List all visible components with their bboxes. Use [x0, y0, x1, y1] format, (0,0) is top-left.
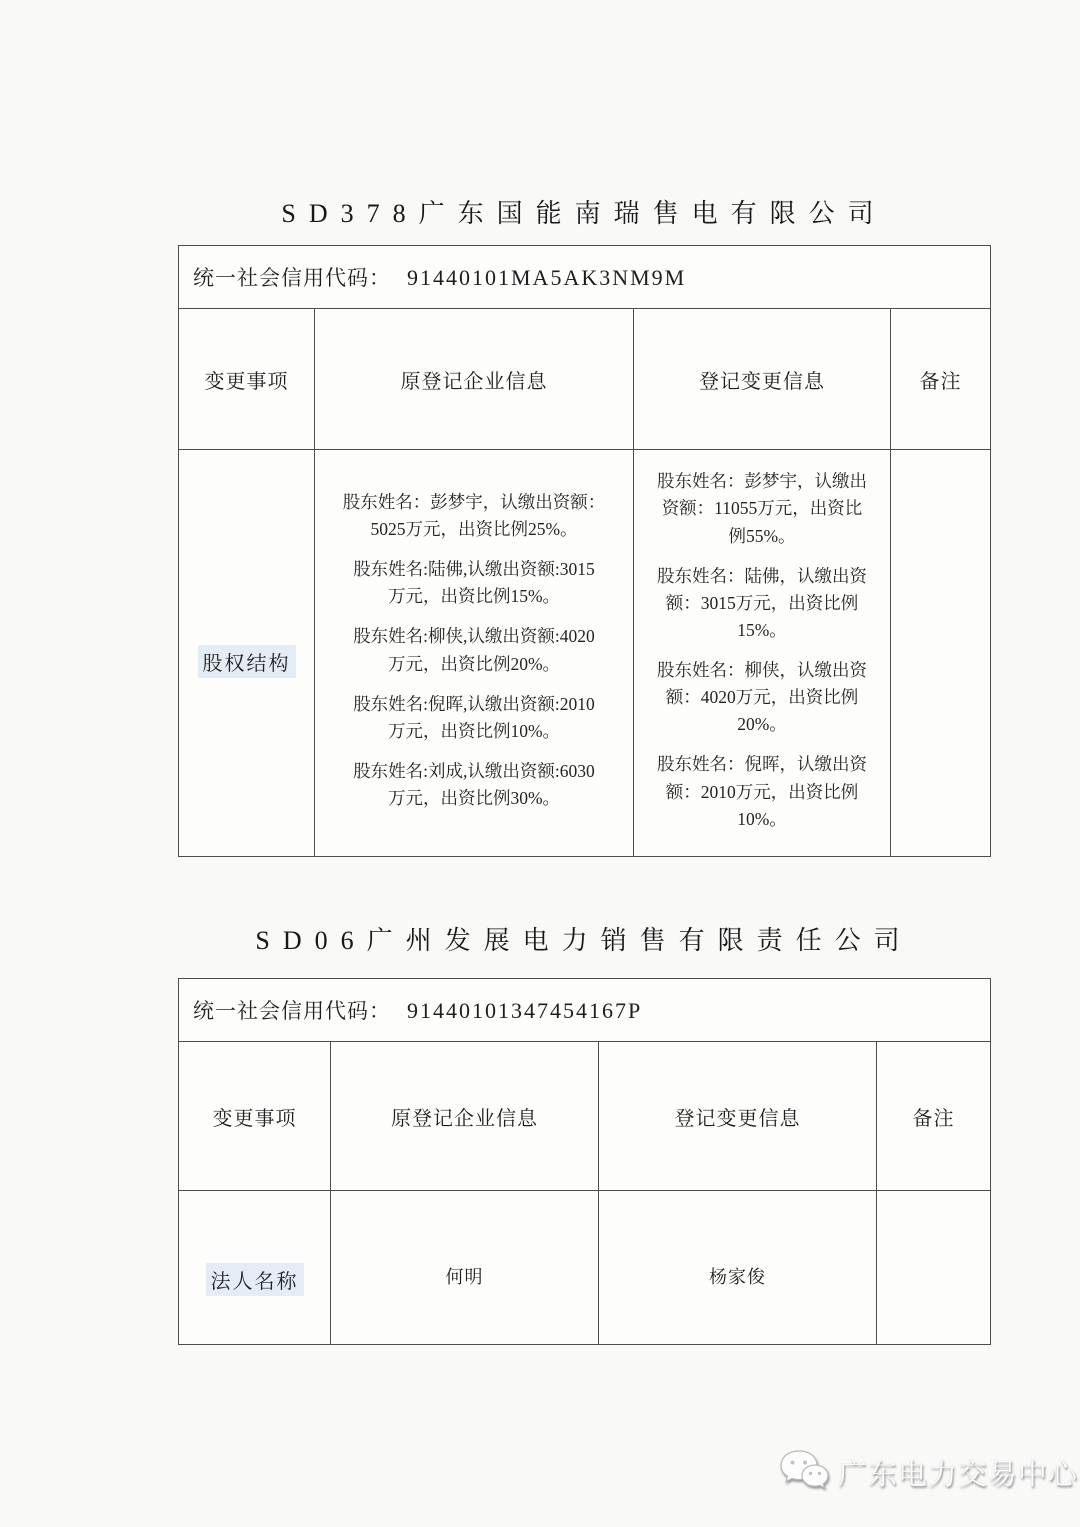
header-note: 备注	[877, 1042, 991, 1191]
change-item-cell: 股权结构	[179, 450, 315, 857]
header-original-info: 原登记企业信息	[331, 1042, 599, 1191]
table-row: 法人名称 何明 杨家俊	[179, 1191, 991, 1345]
credit-code-value: 91440101347454167P	[407, 998, 642, 1023]
table-header-row: 变更事项 原登记企业信息 登记变更信息 备注	[179, 309, 991, 450]
changed-info-cell: 股东姓名：彭梦宇，认缴出 资额：11055万元，出资比 例55%。 股东姓名：陆…	[634, 450, 891, 857]
credit-code-cell: 统一社会信用代码：91440101347454167P	[179, 979, 991, 1042]
original-legal-person: 何明	[446, 1267, 484, 1287]
credit-code-cell: 统一社会信用代码：91440101MA5AK3NM9M	[179, 246, 991, 309]
header-note: 备注	[891, 309, 991, 450]
shareholder-entry: 股东姓名:刘成,认缴出资额:6030 万元，出资比例30%。	[317, 758, 631, 812]
shareholder-entry: 股东姓名：倪晖，认缴出资 额：2010万元，出资比例 10%。	[636, 751, 888, 832]
credit-code-label: 统一社会信用代码：	[193, 999, 391, 1023]
table-header-row: 变更事项 原登记企业信息 登记变更信息 备注	[179, 1042, 991, 1191]
table-row: 统一社会信用代码：91440101MA5AK3NM9M	[179, 246, 991, 309]
change-item-cell: 法人名称	[179, 1191, 331, 1345]
company1-change-table: 统一社会信用代码：91440101MA5AK3NM9M 变更事项 原登记企业信息…	[178, 245, 991, 857]
shareholder-entry: 股东姓名：彭梦宇，认缴出 资额：11055万元，出资比 例55%。	[636, 468, 888, 549]
header-changed-info: 登记变更信息	[634, 309, 891, 450]
shareholder-entry: 股东姓名:陆佛,认缴出资额:3015 万元，出资比例15%。	[317, 556, 631, 610]
header-original-info: 原登记企业信息	[315, 309, 634, 450]
change-item-label: 法人名称	[206, 1263, 304, 1296]
shareholder-entry: 股东姓名：陆佛，认缴出资 额：3015万元，出资比例 15%。	[636, 563, 888, 644]
changed-legal-person: 杨家俊	[709, 1267, 766, 1287]
company2-change-table: 统一社会信用代码：91440101347454167P 变更事项 原登记企业信息…	[178, 978, 991, 1345]
credit-code-label: 统一社会信用代码：	[193, 266, 391, 290]
original-info-cell: 何明	[331, 1191, 599, 1345]
shareholder-entry: 股东姓名:倪晖,认缴出资额:2010 万元，出资比例10%。	[317, 691, 631, 745]
table-row: 统一社会信用代码：91440101347454167P	[179, 979, 991, 1042]
header-change-item: 变更事项	[179, 1042, 331, 1191]
shareholder-entry: 股东姓名:柳侠,认缴出资额:4020 万元，出资比例20%。	[317, 623, 631, 677]
shareholder-entry: 股东姓名：彭梦宇，认缴出资额： 5025万元，出资比例25%。	[317, 489, 631, 543]
header-change-item: 变更事项	[179, 309, 315, 450]
header-changed-info: 登记变更信息	[599, 1042, 877, 1191]
shareholder-entry: 股东姓名：柳侠，认缴出资 额：4020万元，出资比例 20%。	[636, 657, 888, 738]
table-row: 股权结构 股东姓名：彭梦宇，认缴出资额： 5025万元，出资比例25%。 股东姓…	[179, 450, 991, 857]
company1-title: SD378广东国能南瑞售电有限公司	[178, 193, 990, 230]
change-item-label: 股权结构	[198, 645, 296, 678]
document-page: SD378广东国能南瑞售电有限公司 统一社会信用代码：91440101MA5AK…	[0, 0, 1080, 1527]
original-info-cell: 股东姓名：彭梦宇，认缴出资额： 5025万元，出资比例25%。 股东姓名:陆佛,…	[315, 450, 634, 857]
note-cell	[877, 1191, 991, 1345]
company2-title: SD06广州发展电力销售有限责任公司	[178, 920, 990, 957]
changed-info-cell: 杨家俊	[599, 1191, 877, 1345]
credit-code-value: 91440101MA5AK3NM9M	[407, 265, 686, 290]
watermark-text: 广东电力交易中心	[838, 1452, 1078, 1493]
note-cell	[891, 450, 991, 857]
wechat-account-watermark: 广东电力交易中心	[778, 1448, 1048, 1497]
wechat-icon	[778, 1448, 830, 1497]
